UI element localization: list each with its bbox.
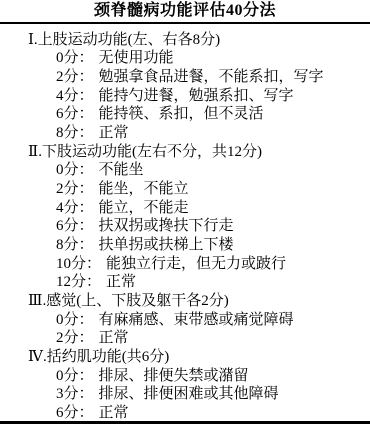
- score-item: 10分： 能独立行走，但无力或跛行: [0, 253, 370, 272]
- score-item: 2分： 能坐，不能立: [0, 178, 370, 197]
- score-item: 0分： 无使用功能: [0, 48, 370, 67]
- section-3-heading: Ⅲ.感觉(上、下肢及躯干各2分): [0, 290, 370, 309]
- document-title: 颈脊髓病功能评估40分法: [0, 0, 370, 24]
- section-4-heading: Ⅳ.括约肌功能(共6分): [0, 346, 370, 365]
- score-item: 0分： 有麻痛感、束带感或痛觉障碍: [0, 309, 370, 328]
- score-item: 12分： 正常: [0, 272, 370, 291]
- score-text: 正常: [99, 401, 129, 422]
- document: 颈脊髓病功能评估40分法 Ⅰ.上肢运动功能(左、右各8分) 0分： 无使用功能 …: [0, 0, 370, 424]
- score-item: 4分： 能立，不能走: [0, 197, 370, 216]
- score-item: 2分： 勉强拿食品进餐，不能系扣，写字: [0, 66, 370, 85]
- section-2-heading: Ⅱ.下肢运动功能(左右不分，共12分): [0, 141, 370, 160]
- score-item: 4分： 能持勺进餐，勉强系扣、写字: [0, 85, 370, 104]
- score-label: 6分：: [56, 401, 94, 422]
- score-item: 6分： 正常: [0, 402, 370, 421]
- score-item: 6分： 扶双拐或搀扶下行走: [0, 216, 370, 235]
- document-body: Ⅰ.上肢运动功能(左、右各8分) 0分： 无使用功能 2分： 勉强拿食品进餐，不…: [0, 24, 370, 421]
- score-item: 3分： 排尿、排便困难或其他障碍: [0, 383, 370, 402]
- score-item: 8分： 扶单拐或扶梯上下楼: [0, 234, 370, 253]
- section-1-heading: Ⅰ.上肢运动功能(左、右各8分): [0, 29, 370, 48]
- score-item: 2分： 正常: [0, 328, 370, 347]
- score-item: 0分： 排尿、排便失禁或潴留: [0, 365, 370, 384]
- score-item: 6分： 能持筷、系扣，但不灵活: [0, 104, 370, 123]
- score-item: 0分： 不能坐: [0, 160, 370, 179]
- score-item: 8分： 正常: [0, 122, 370, 141]
